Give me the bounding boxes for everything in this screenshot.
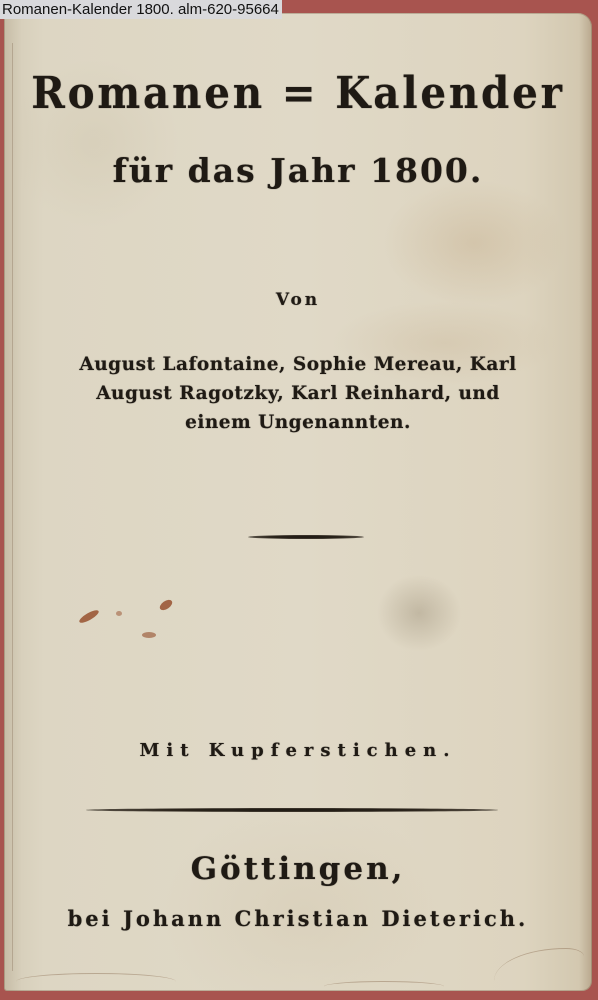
book-subtitle: für das Jahr 1800. — [4, 151, 592, 190]
title-page: Romanen = Kalender für das Jahr 1800. Vo… — [4, 13, 592, 991]
authors-list: August Lafontaine, Sophie Mereau, Karl A… — [4, 350, 592, 437]
paper-fold — [16, 973, 176, 990]
by-label: Von — [4, 290, 592, 310]
publication-place: Göttingen, — [4, 851, 592, 887]
paper-fold — [494, 948, 584, 989]
ornamental-rule — [86, 808, 498, 812]
rust-stain — [116, 611, 122, 616]
rust-stain — [142, 632, 156, 638]
authors-line: August Ragotzky, Karl Reinhard, und — [4, 379, 592, 408]
illustrations-note: Mit Kupferstichen. — [4, 740, 592, 761]
ornamental-rule — [248, 535, 364, 539]
publisher-name: bei Johann Christian Dieterich. — [4, 906, 592, 931]
authors-line: August Lafontaine, Sophie Mereau, Karl — [4, 350, 592, 379]
book-title: Romanen = Kalender — [28, 68, 569, 119]
paper-fold — [324, 981, 444, 992]
authors-line: einem Ungenannten. — [4, 408, 592, 437]
image-caption: Romanen-Kalender 1800. alm-620-95664 — [0, 0, 282, 19]
rust-stain — [158, 598, 174, 613]
rust-stain — [78, 608, 101, 625]
